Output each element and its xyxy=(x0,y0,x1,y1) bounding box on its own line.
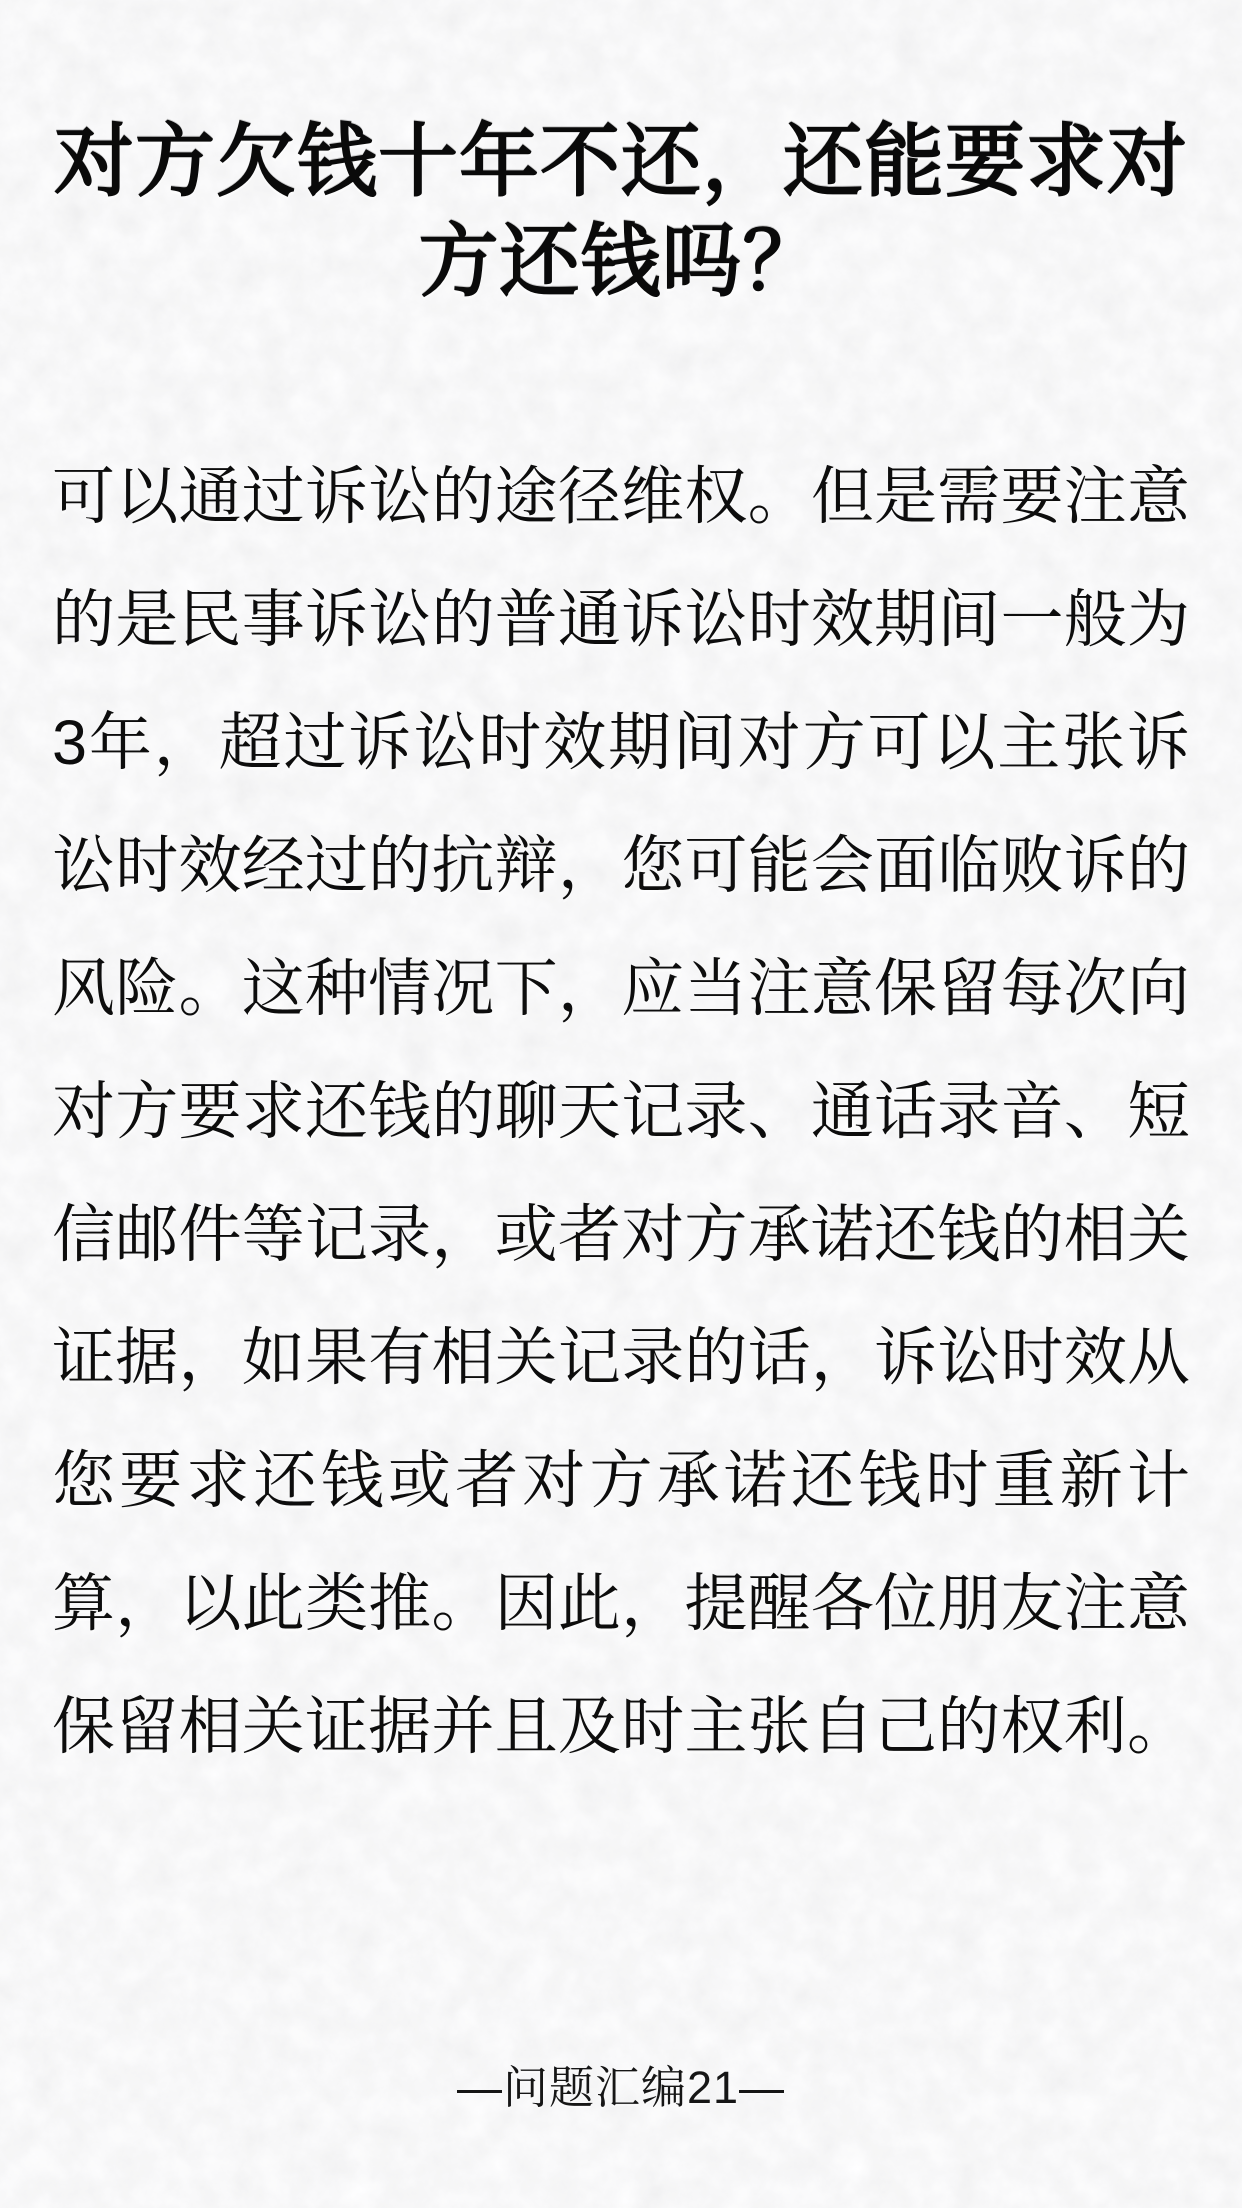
page-title: 对方欠钱十年不还，还能要求对 方还钱吗？ xyxy=(36,112,1206,312)
title-line-1: 对方欠钱十年不还，还能要求对 xyxy=(36,112,1206,212)
body-line: 算，以此类推。因此，提醒各位朋友注意 xyxy=(52,1543,1190,1666)
body-line: 信邮件等记录，或者对方承诺还钱的相关 xyxy=(52,1174,1190,1297)
footer-label: —问题汇编21— xyxy=(0,2062,1242,2114)
body-line: 证据，如果有相关记录的话，诉讼时效从 xyxy=(52,1297,1190,1420)
body-line: 保留相关证据并且及时主张自己的权利。 xyxy=(52,1666,1190,1789)
body-line: 风险。这种情况下，应当注意保留每次向 xyxy=(52,928,1190,1051)
body-line: 您要求还钱或者对方承诺还钱时重新计 xyxy=(52,1420,1190,1543)
body-line: 的是民事诉讼的普通诉讼时效期间一般为 xyxy=(52,559,1190,682)
body-line: 可以通过诉讼的途径维权。但是需要注意 xyxy=(52,436,1190,559)
title-line-2: 方还钱吗？ xyxy=(36,212,1206,312)
body-line: 对方要求还钱的聊天记录、通话录音、短 xyxy=(52,1051,1190,1174)
body-line: 讼时效经过的抗辩，您可能会面临败诉的 xyxy=(52,805,1190,928)
body-line: 3年，超过诉讼时效期间对方可以主张诉 xyxy=(52,682,1190,805)
poster-content: 对方欠钱十年不还，还能要求对 方还钱吗？ 可以通过诉讼的途径维权。但是需要注意 … xyxy=(0,112,1242,1789)
article-body: 可以通过诉讼的途径维权。但是需要注意 的是民事诉讼的普通诉讼时效期间一般为 3年… xyxy=(52,436,1190,1789)
poster-page: 对方欠钱十年不还，还能要求对 方还钱吗？ 可以通过诉讼的途径维权。但是需要注意 … xyxy=(0,0,1242,2208)
